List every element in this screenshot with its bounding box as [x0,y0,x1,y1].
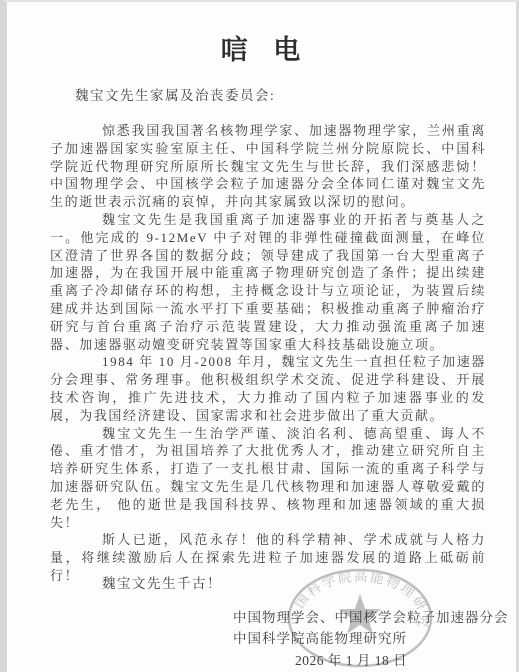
scanned-letter-page: 唁 电 魏宝文先生家属及治丧委员会: 惊悉我国我国著名核物理学家、加速器物理学家… [0,0,519,672]
letter-title: 唁 电 [7,28,516,67]
signature-org-secondary: 中国科学院高能物理研究所 [233,628,509,649]
tribute-line: 魏宝文先生千古！ [102,572,222,592]
signature-org-primary: 中国物理学会、中国核学会粒子加速器分会 [233,607,509,628]
letter-body: 惊悉我国我国著名核物理学家、加速器物理学家，兰州重离子加速器国家实验室原主任、中… [50,122,486,585]
paragraph: 惊悉我国我国著名核物理学家、加速器物理学家，兰州重离子加速器国家实验室原主任、中… [50,122,486,211]
paragraph: 1984 年 10 月-2008 年月，魏宝文先生一直担任粒子加速器分会理事、常… [50,353,486,424]
signature-block: 中国物理学会、中国核学会粒子加速器分会 中国科学院高能物理研究所 2026 年 … [233,607,509,671]
paragraph: 魏宝文先生是我国重离子加速器事业的开拓者与奠基人之一。他完成的 9-12MeV … [50,211,486,353]
salutation-line: 魏宝文先生家属及治丧委员会: [75,84,275,104]
paragraph: 魏宝文先生一生治学严谨、淡泊名利、德高望重、诲人不倦、重才惜才，为祖国培养了大批… [50,425,486,532]
signature-date: 2026 年 1 月 18 日 [295,650,509,671]
